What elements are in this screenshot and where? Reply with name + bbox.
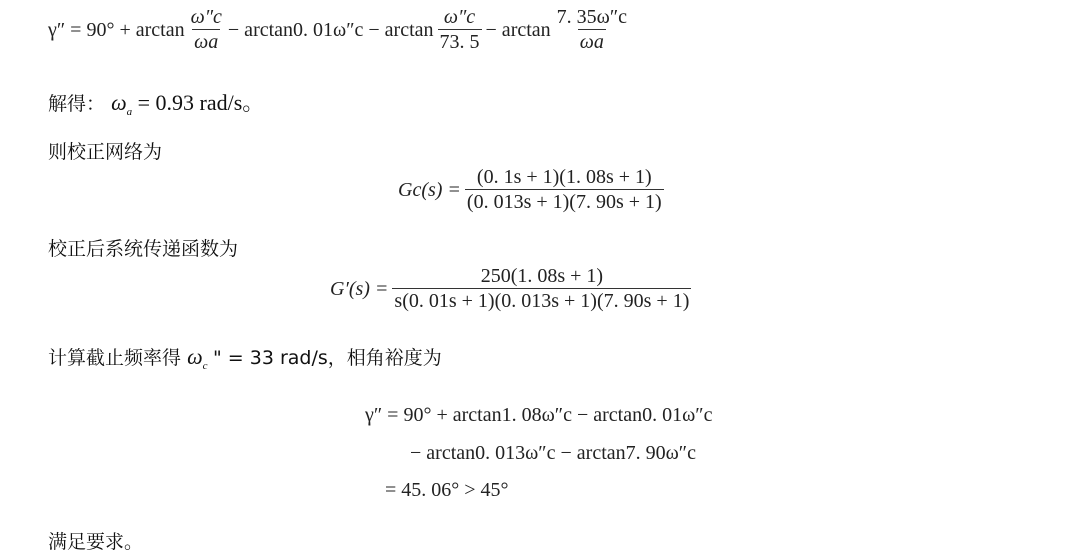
gc-fraction: (0. 1s + 1)(1. 08s + 1) (0. 013s + 1)(7.…: [465, 166, 664, 214]
eq1-lhs: γ″ = 90° + arctan: [48, 19, 185, 42]
eq1-fraction-3: 7. 35ω″c ωa: [555, 6, 629, 54]
phase-margin-equation: γ″ = 90° + arctan ω″c ωa − arctan0. 01ω″…: [48, 6, 633, 54]
eq1-term3: − arctan: [486, 19, 551, 42]
eq1-term2: − arctan0. 01ω″c − arctan: [228, 19, 434, 42]
cutoff-line: 计算截止频率得 ωc " = 33 rad/s，相角裕度为: [48, 343, 442, 372]
final-phase-margin-line-2: − arctan0. 013ω″c − arctan7. 90ω″c: [410, 442, 696, 465]
eq1-fraction-2: ω″c 73. 5: [438, 6, 482, 54]
tf-intro: 校正后系统传递函数为: [48, 234, 238, 261]
eq1-fraction-1: ω″c ωa: [189, 6, 224, 54]
final-phase-margin-result: = 45. 06° > 45°: [385, 479, 509, 502]
conclusion: 满足要求。: [48, 527, 143, 554]
final-phase-margin-line-1: γ″ = 90° + arctan1. 08ω″c − arctan0. 01ω…: [365, 404, 712, 427]
gprime-fraction: 250(1. 08s + 1) s(0. 01s + 1)(0. 013s + …: [392, 265, 691, 313]
corrected-system-transfer-function: G′(s) = 250(1. 08s + 1) s(0. 01s + 1)(0.…: [330, 265, 695, 313]
solve-line: 解得： ωa = 0.93 rad/s。: [48, 86, 264, 118]
compensator-transfer-function: Gc(s) = (0. 1s + 1)(1. 08s + 1) (0. 013s…: [398, 166, 668, 214]
network-intro: 则校正网络为: [48, 137, 162, 164]
